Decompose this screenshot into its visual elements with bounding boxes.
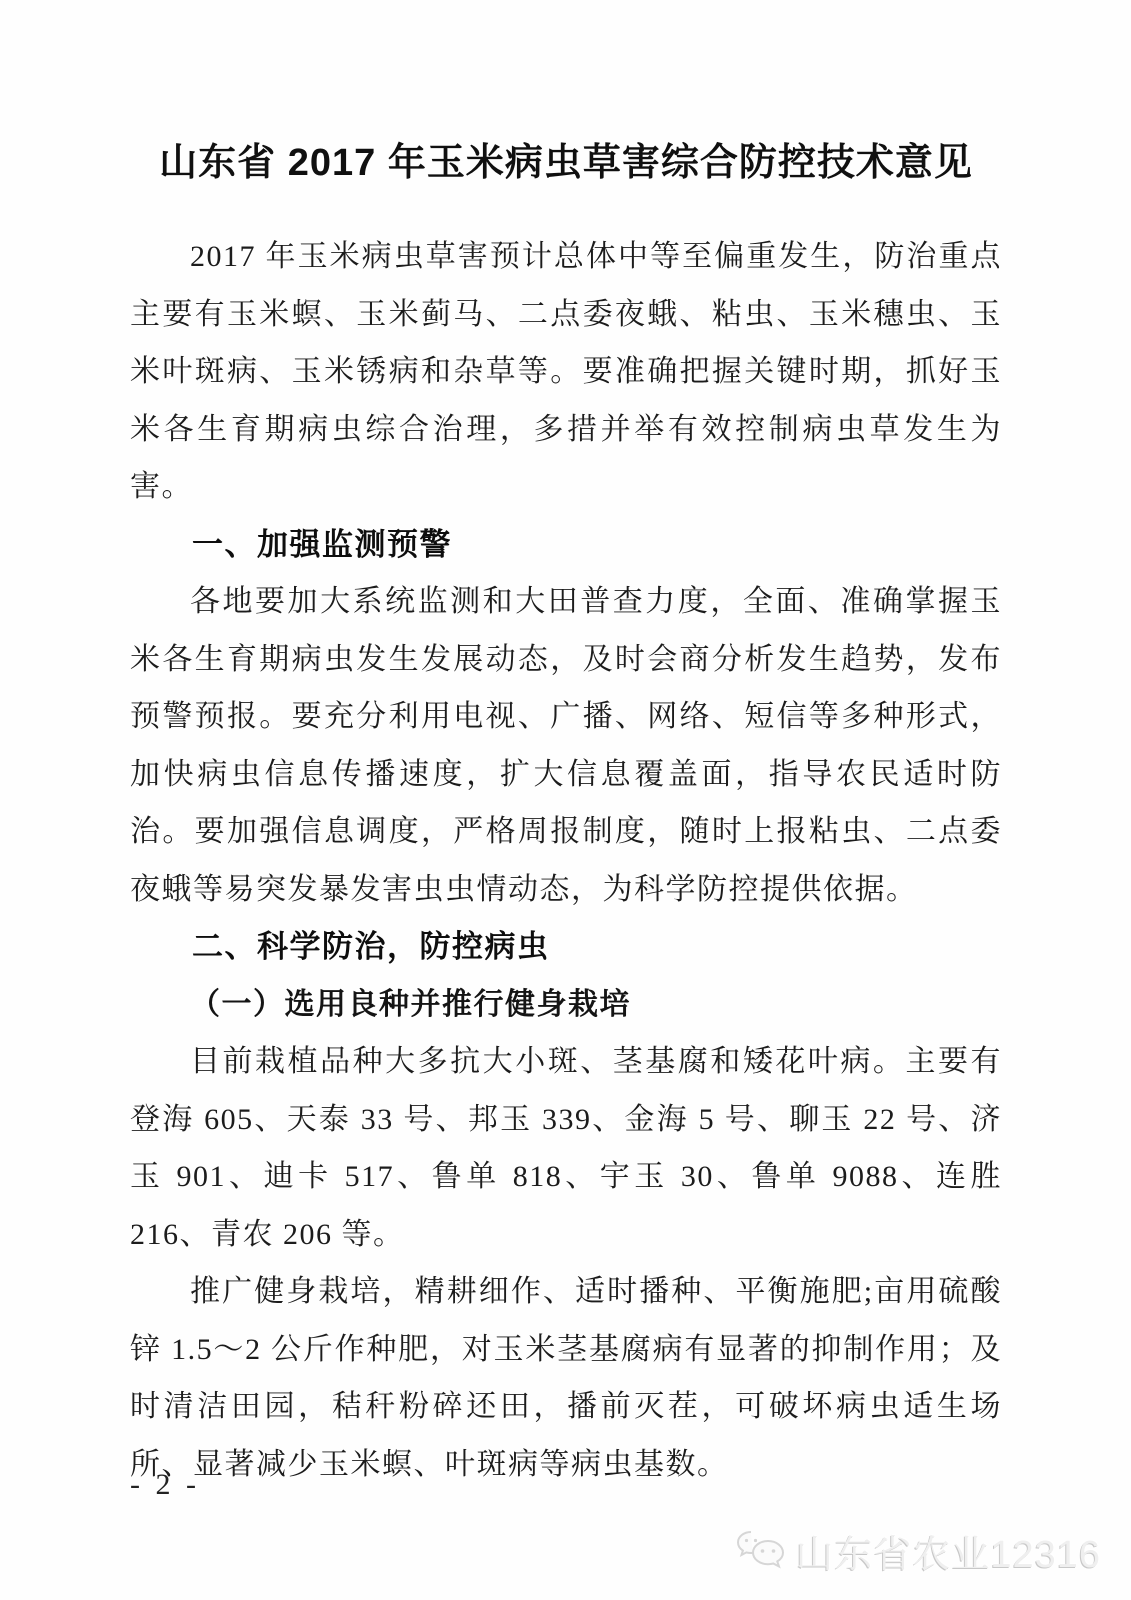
section-heading-monitoring: 一、加强监测预警 xyxy=(130,516,1002,574)
watermark-text: 山东省农业12316 xyxy=(795,1523,1101,1578)
page-number: - 2 - xyxy=(130,1468,200,1502)
section-heading-scientific-control: 二、科学防治，防控病虫 xyxy=(130,918,1002,976)
paragraph-overview: 2017 年玉米病虫草害预计总体中等至偏重发生，防治重点主要有玉米螟、玉米蓟马、… xyxy=(130,228,1002,516)
watermark: 山东省农业12316 xyxy=(735,1523,1101,1578)
paragraph-seed-varieties: 目前栽植品种大多抗大小斑、茎基腐和矮花叶病。主要有登海 605、天泰 33 号、… xyxy=(130,1033,1002,1263)
paragraph-monitoring-detail: 各地要加大系统监测和大田普查力度，全面、准确掌握玉米各生育期病虫发生发展动态，及… xyxy=(130,573,1002,918)
wechat-icon xyxy=(735,1528,787,1574)
document-page: 山东省 2017 年玉米病虫草害综合防控技术意见 2017 年玉米病虫草害预计总… xyxy=(0,0,1131,1600)
subsection-heading-seed-selection: （一）选用良种并推行健身栽培 xyxy=(130,976,1002,1034)
paragraph-cultivation-practices: 推广健身栽培，精耕细作、适时播种、平衡施肥;亩用硫酸锌 1.5～2 公斤作种肥，… xyxy=(130,1263,1002,1493)
document-title: 山东省 2017 年玉米病虫草害综合防控技术意见 xyxy=(130,138,1002,188)
document-content: 山东省 2017 年玉米病虫草害综合防控技术意见 2017 年玉米病虫草害预计总… xyxy=(130,138,1002,1493)
